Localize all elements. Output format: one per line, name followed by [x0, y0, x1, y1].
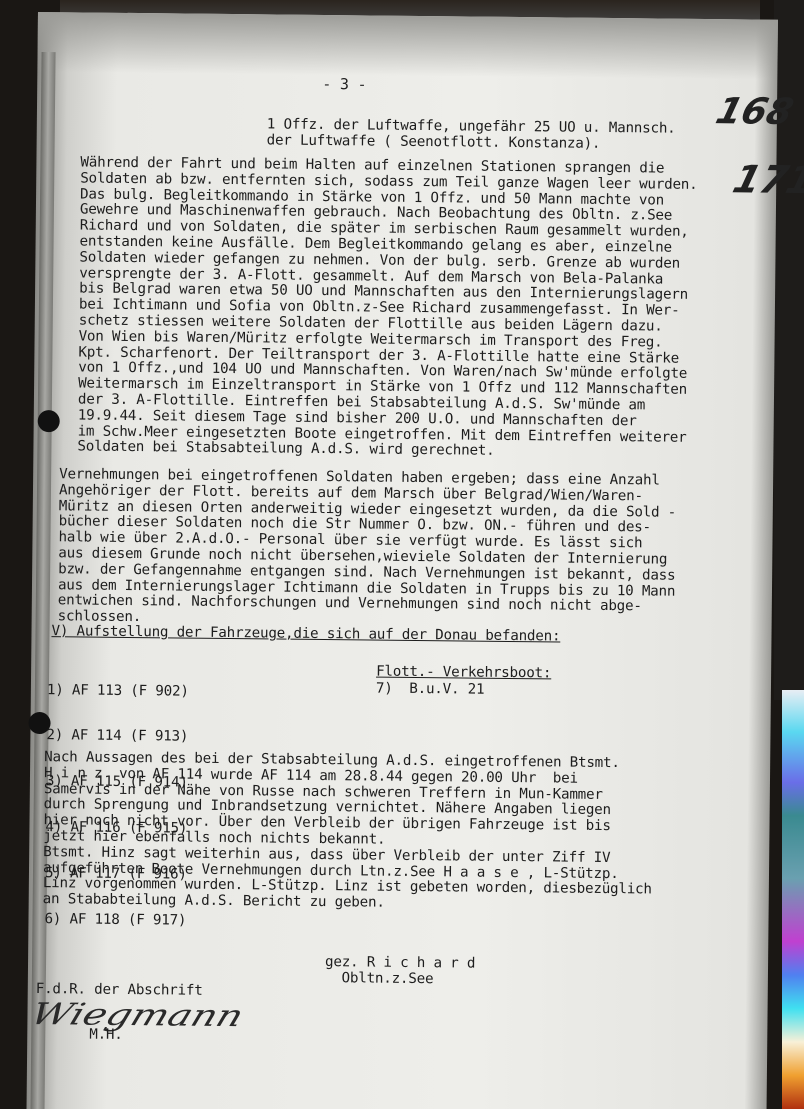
signature-block: gez. R i c h a r d Obltn.z.See	[325, 955, 475, 988]
paragraph-transport: Während der Fahrt und beim Halten auf ei…	[77, 155, 697, 462]
paragraph-af114: Nach Aussagen des bei der Stabsabteilung…	[43, 750, 654, 914]
archive-number-1: 168	[712, 91, 798, 133]
section-title-vehicles: V) Aufstellung der Fahrzeuge,die sich au…	[51, 624, 560, 645]
list-item: 6) AF 118 (F 917)	[44, 912, 186, 929]
list-item: 1) AF 113 (F 902)	[47, 683, 189, 700]
boat-item: 7) B.u.V. 21	[376, 682, 485, 699]
boat-heading: Flott.- Verkehrsboot:	[376, 665, 551, 683]
initials: M.H.	[89, 1028, 123, 1044]
scanner-color-calibration-strip	[782, 690, 804, 1109]
document-page: - 3 - 168 171 1 Offz. der Luftwaffe, ung…	[27, 12, 778, 1109]
punch-hole-icon	[38, 410, 60, 432]
list-item: 2) AF 114 (F 913)	[46, 729, 188, 746]
paragraph-interrogations: Vernehmungen bei eingetroffenen Soldaten…	[58, 467, 677, 631]
page-number: - 3 -	[322, 77, 366, 93]
heading-block: 1 Offz. der Luftwaffe, ungefähr 25 UO u.…	[267, 117, 676, 153]
archive-number-2: 171	[729, 157, 804, 202]
handwritten-signature: Wiegmann	[26, 997, 248, 1034]
